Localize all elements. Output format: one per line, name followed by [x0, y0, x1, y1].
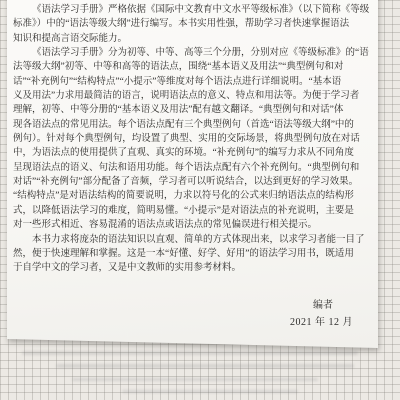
text-line: 例句）。针对每个典型例句，均设置了典型、实用的交际场景，将典型例句放在对话: [13, 132, 372, 146]
book-preface-page: 《语法学习手册》严格依据《国际中文教育中文水平等级标准》（以下简称《等级 标准》…: [7, 0, 378, 348]
text-line: “结构特点”是对语法结构的简要说明，力求以符号化的公式来归纳语法点的结构形: [13, 189, 372, 203]
text-line: 式，以降低语法学习的难度，简明易懂。“小提示”是对语法点的补充说明，主要是: [13, 204, 372, 218]
text-line: 《语法学习手册》分为初等、中等、高等三个分册，分别对应《等级标准》的“语: [13, 46, 372, 60]
text-line: 本书力求将庞杂的语法知识以直观、简单的方式体现出来，以求学习者能一目了: [13, 233, 372, 247]
publication-date: 2021 年 12 月: [13, 316, 372, 330]
show-through-text-streak: [56, 364, 354, 368]
show-through-text-streak: [122, 390, 298, 393]
text-line: 话”“补充例句”“结构特点”“小提示”等维度对每个语法点进行详细说明。“基本语: [13, 75, 372, 89]
text-line: 现各语法点的常见用法。每个语法点配有三个典型例句（首选“语法等级大纲”中的: [13, 118, 372, 132]
text-line: 于自学中文的学习者，又是中文教师的实用参考材料。: [13, 261, 372, 275]
text-line: 标准》）中的“语法等级大纲”进行编写。本书实用性强，帮助学习者快速掌握语法: [13, 17, 372, 31]
show-through-text-streak: [72, 378, 318, 381]
text-line: 法等级大纲”初等、中等和高等的语法点，围绕“基本语义及用法”“典型例句和对: [13, 60, 372, 74]
text-line: 对话”“补充例句”部分配备了音频，学习者可以听说结合，以达到更好的学习效果。: [13, 175, 372, 189]
text-line: 呈现语法点的语义、句法和语用功能。每个语法点配有六个补充例句。“典型例句和: [13, 161, 372, 175]
text-line: 对一些形式相近、容易混淆的语法点或语法点的常见偏误进行相关提示。: [13, 218, 372, 232]
author-signature: 编者: [13, 299, 372, 313]
text-line: 中，为语法点的使用提供了直观、真实的环境。“补充例句”的编写力求从不同角度: [13, 146, 372, 160]
text-line: 理解，初等、中等分册的“基本语义及用法”配有越文翻译。“典型例句和对话”体: [13, 103, 372, 117]
text-line: 义及用法”力求用最简洁的语言，说明语法点的意义、特点和用法等。为便于学习者: [13, 89, 372, 103]
photographed-page: 《语法学习手册》严格依据《国际中文教育中文水平等级标准》（以下简称《等级 标准》…: [7, 0, 378, 348]
text-line: 《语法学习手册》严格依据《国际中文教育中文水平等级标准》（以下简称《等级: [13, 3, 372, 17]
show-through-text-streak: [22, 351, 358, 355]
preface-text-block: 《语法学习手册》严格依据《国际中文教育中文水平等级标准》（以下简称《等级 标准》…: [7, 0, 378, 330]
text-line: 知识和提高言语交际能力。: [13, 32, 372, 46]
text-line: 然，便于快速理解和掌握。这是一本“好懂、好学、好用”的语法学习用书，既适用: [13, 247, 372, 261]
